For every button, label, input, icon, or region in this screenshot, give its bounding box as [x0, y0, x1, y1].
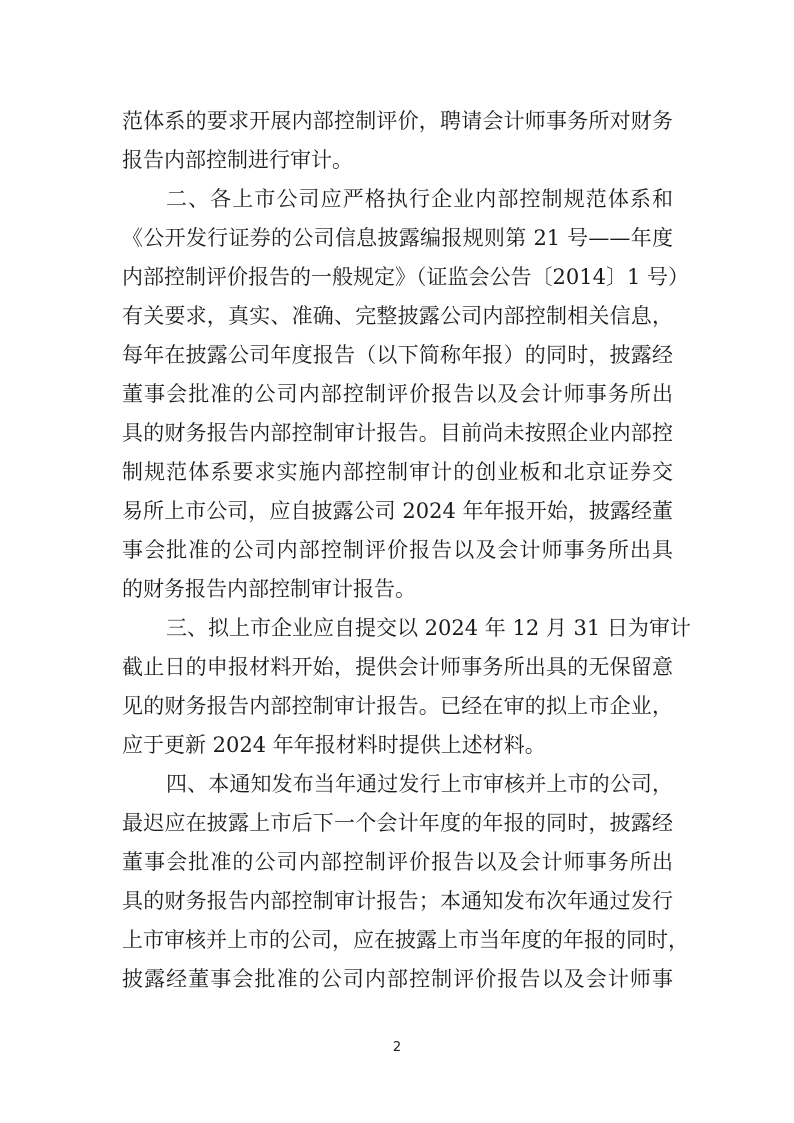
text-line: 披露经董事会批准的公司内部控制评价报告以及会计师事 — [122, 960, 673, 999]
text-line: 董事会批准的公司内部控制评价报告以及会计师事务所出 — [122, 375, 673, 414]
text-line: 制规范体系要求实施内部控制审计的创业板和北京证券交 — [122, 453, 673, 492]
paragraph-2-start: 二、各上市公司应严格执行企业内部控制规范体系和 — [122, 180, 673, 219]
text-line: 《公开发行证券的公司信息披露编报规则第 21 号——年度 — [122, 219, 673, 258]
text-line: 有关要求，真实、准确、完整披露公司内部控制相关信息， — [122, 297, 673, 336]
text-line: 见的财务报告内部控制审计报告。已经在审的拟上市企业， — [122, 687, 673, 726]
text-line: 内部控制评价报告的一般规定》（证监会公告〔2014〕1 号） — [122, 258, 673, 297]
text-line: 上市审核并上市的公司，应在披露上市当年度的年报的同时， — [122, 921, 673, 960]
text-line: 每年在披露公司年度报告（以下简称年报）的同时，披露经 — [122, 336, 673, 375]
text-line: 具的财务报告内部控制审计报告。目前尚未按照企业内部控 — [122, 414, 673, 453]
document-page: 范体系的要求开展内部控制评价，聘请会计师事务所对财务 报告内部控制进行审计。 二… — [0, 0, 794, 1123]
text-line: 最迟应在披露上市后下一个会计年度的年报的同时，披露经 — [122, 804, 673, 843]
body-text: 范体系的要求开展内部控制评价，聘请会计师事务所对财务 报告内部控制进行审计。 二… — [122, 102, 673, 999]
page-number: 2 — [0, 1040, 794, 1055]
text-line: 具的财务报告内部控制审计报告；本通知发布次年通过发行 — [122, 882, 673, 921]
text-line: 事会批准的公司内部控制评价报告以及会计师事务所出具 — [122, 531, 673, 570]
text-line: 董事会批准的公司内部控制评价报告以及会计师事务所出 — [122, 843, 673, 882]
text-line: 易所上市公司，应自披露公司 2024 年年报开始，披露经董 — [122, 492, 673, 531]
text-line: 截止日的申报材料开始，提供会计师事务所出具的无保留意 — [122, 648, 673, 687]
text-line: 报告内部控制进行审计。 — [122, 141, 673, 180]
text-line: 范体系的要求开展内部控制评价，聘请会计师事务所对财务 — [122, 102, 673, 141]
paragraph-3-start: 三、拟上市企业应自提交以 2024 年 12 月 31 日为审计 — [122, 609, 673, 648]
text-line: 应于更新 2024 年年报材料时提供上述材料。 — [122, 726, 673, 765]
paragraph-4-start: 四、本通知发布当年通过发行上市审核并上市的公司， — [122, 765, 673, 804]
text-line: 的财务报告内部控制审计报告。 — [122, 570, 673, 609]
